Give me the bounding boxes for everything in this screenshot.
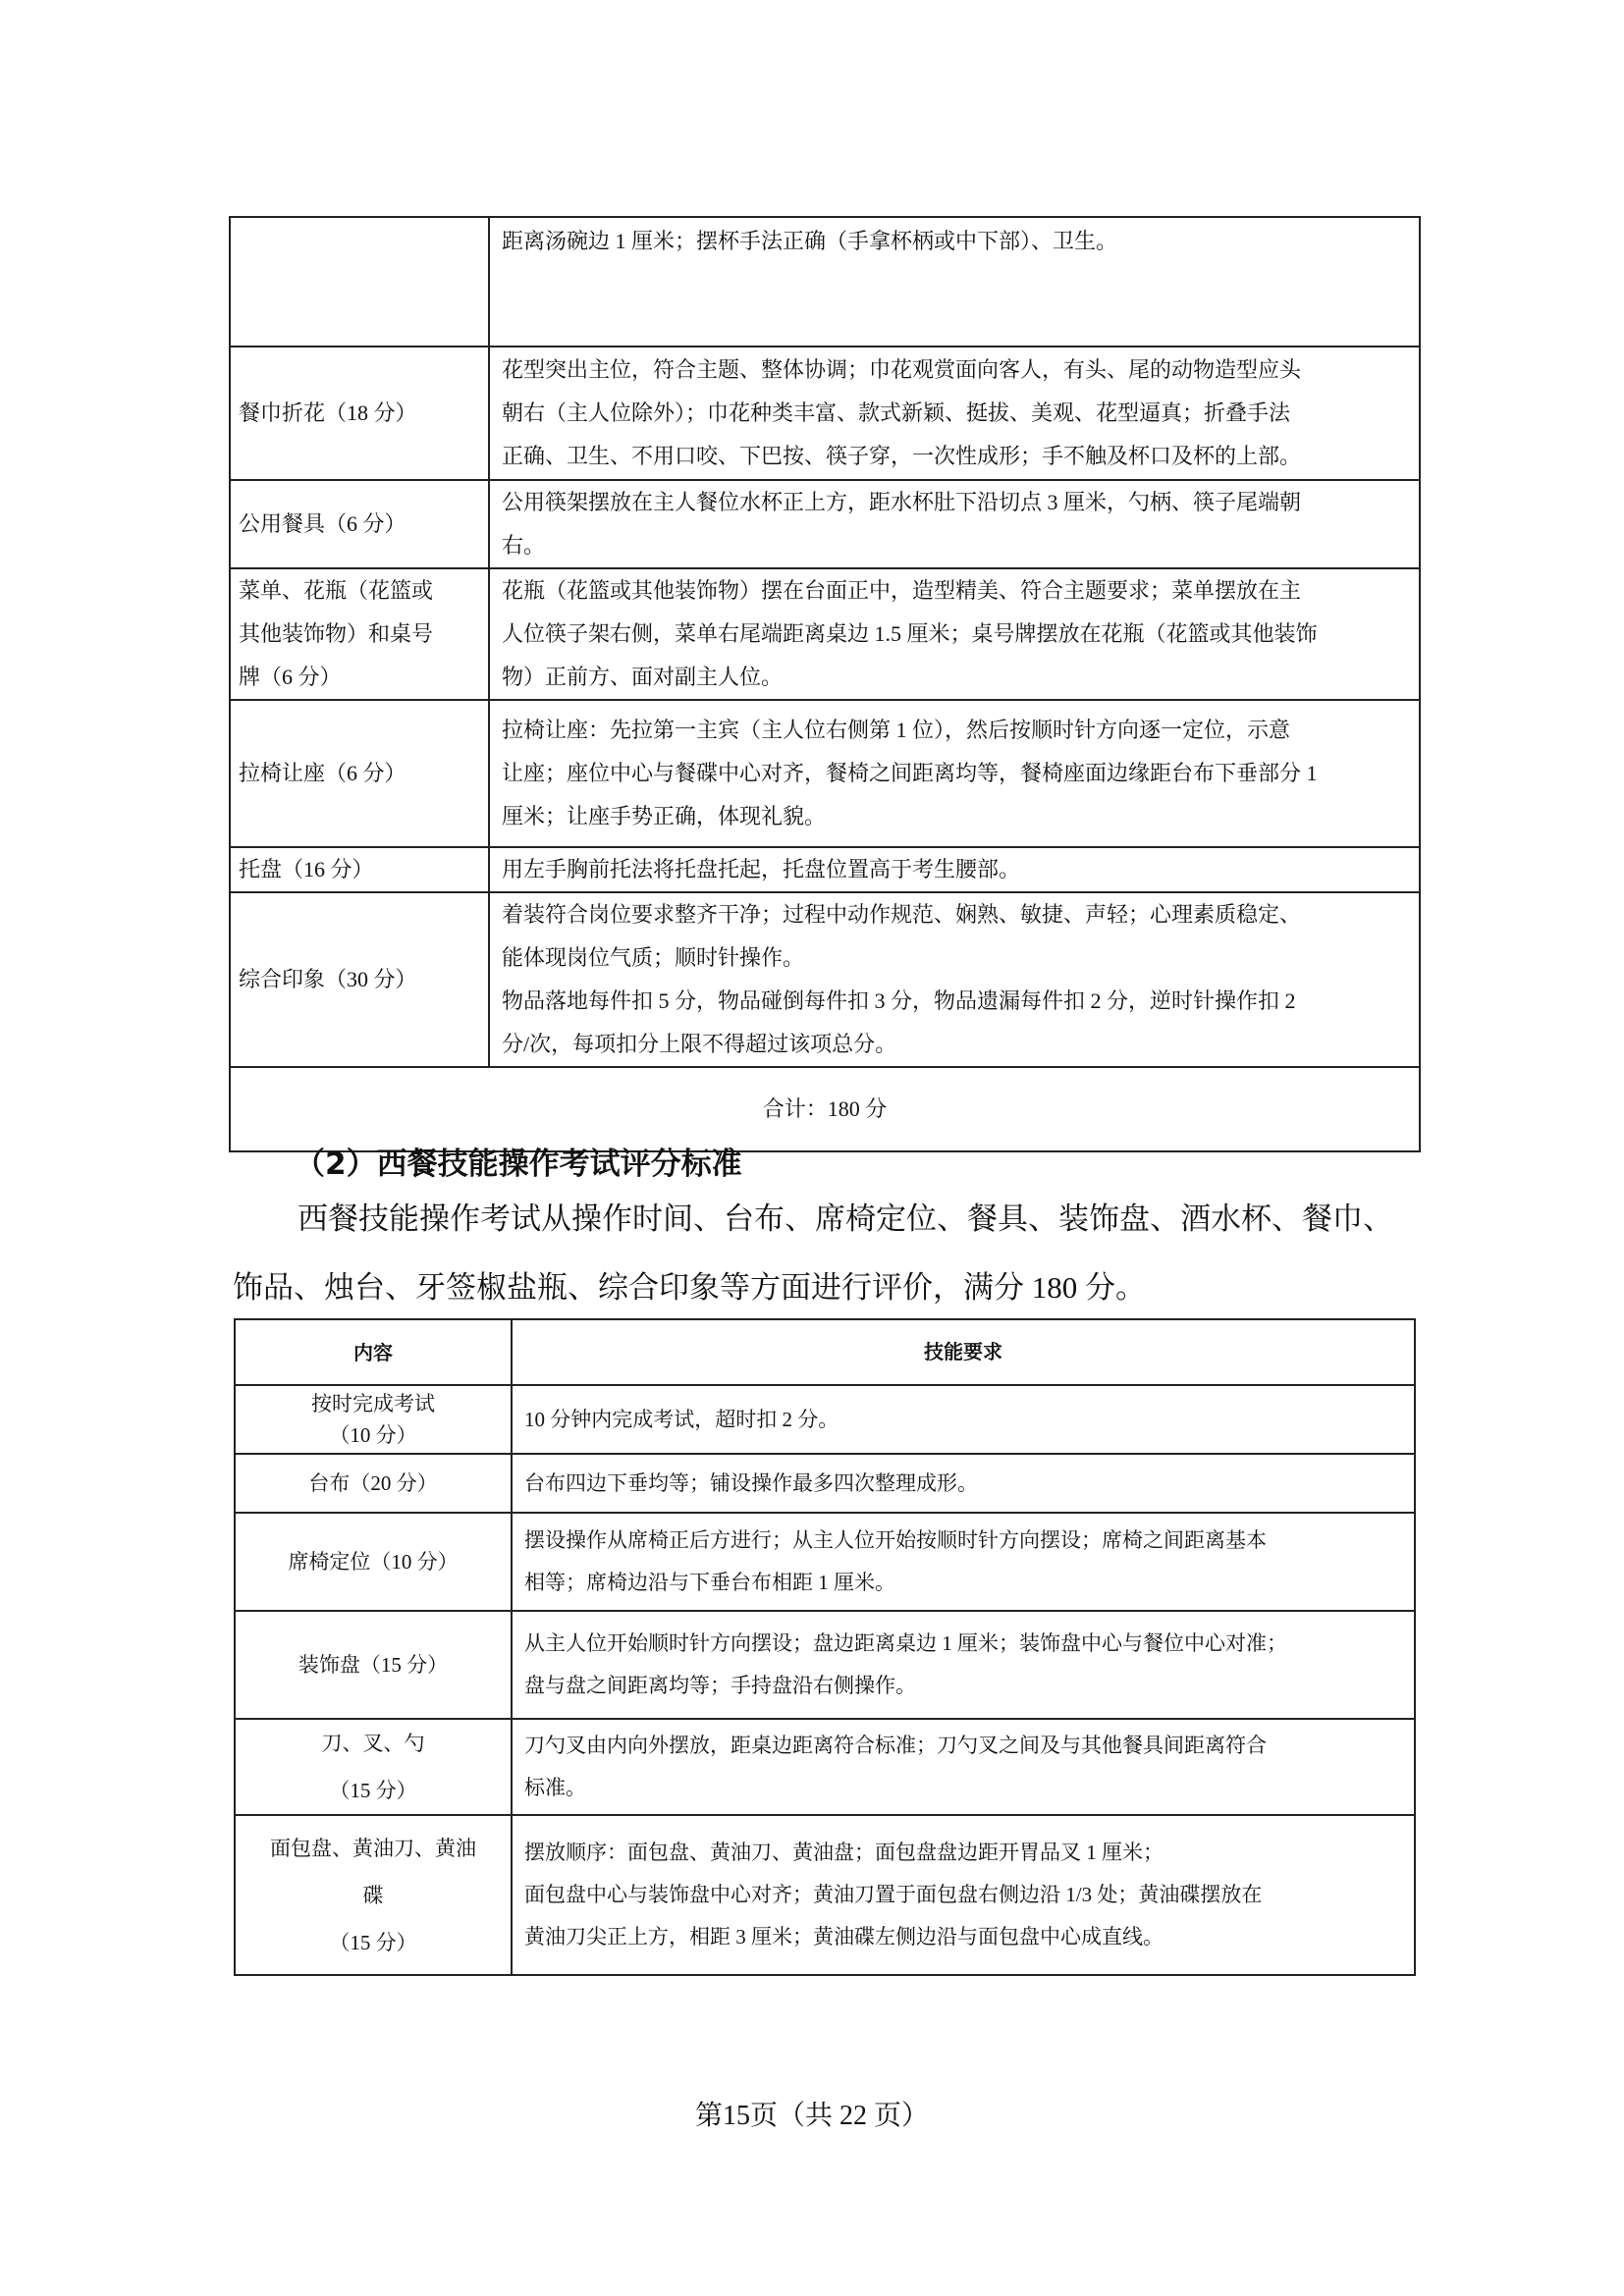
text-line: 能体现岗位气质；顺时针操作。 (502, 936, 1407, 980)
item-cell: 台布（20 分） (235, 1454, 512, 1513)
table-row: 拉椅让座（6 分）拉椅让座：先拉第一主宾（主人位右侧第 1 位），然后按顺时针方… (230, 700, 1420, 847)
item-cell: 餐巾折花（18 分） (230, 347, 489, 480)
requirement-cell: 摆放顺序：面包盘、黄油刀、黄油盘；面包盘盘边距开胃品叉 1 厘米；面包盘中心与装… (512, 1815, 1415, 1975)
text-line: 物）正前方、面对副主人位。 (502, 656, 1407, 699)
table-header-row: 内容 技能要求 (235, 1319, 1415, 1385)
requirement-cell: 公用筷架摆放在主人餐位水杯正上方，距水杯肚下沿切点 3 厘米，勺柄、筷子尾端朝右… (489, 480, 1420, 568)
header-requirement: 技能要求 (512, 1319, 1415, 1385)
text-line: 刀、叉、勺 (242, 1720, 505, 1767)
text-line: 花瓶（花篮或其他装饰物）摆在台面正中，造型精美、符合主题要求；菜单摆放在主 (502, 569, 1407, 613)
item-cell: 刀、叉、勺（15 分） (235, 1719, 512, 1815)
item-cell: 托盘（16 分） (230, 847, 489, 892)
text-line: 按时完成考试 (242, 1388, 505, 1419)
requirement-cell: 从主人位开始顺时针方向摆设；盘边距离桌边 1 厘米；装饰盘中心与餐位中心对准；盘… (512, 1611, 1415, 1719)
text-line: 摆放顺序：面包盘、黄油刀、黄油盘；面包盘盘边距开胃品叉 1 厘米； (524, 1832, 1402, 1874)
text-line: 台布（20 分） (242, 1468, 505, 1499)
text-line: 摆设操作从席椅正后方进行；从主人位开始按顺时针方向摆设；席椅之间距离基本 (524, 1520, 1402, 1562)
item-cell: 按时完成考试（10 分） (235, 1385, 512, 1454)
text-line: 厘米；让座手势正确，体现礼貌。 (502, 795, 1407, 838)
text-line: 10 分钟内完成考试，超时扣 2 分。 (524, 1399, 1402, 1441)
table-row: 席椅定位（10 分）摆设操作从席椅正后方进行；从主人位开始按顺时针方向摆设；席椅… (235, 1513, 1415, 1611)
text-line: 物品落地每件扣 5 分，物品碰倒每件扣 3 分，物品遗漏每件扣 2 分，逆时针操… (502, 980, 1407, 1023)
page-number: 第15页（共 22 页） (0, 2094, 1624, 2133)
text-line: 面包盘、黄油刀、黄油 (242, 1825, 505, 1872)
text-line: 公用筷架摆放在主人餐位水杯正上方，距水杯肚下沿切点 3 厘米，勺柄、筷子尾端朝 (502, 481, 1407, 524)
text-line: 台布四边下垂均等；铺设操作最多四次整理成形。 (524, 1463, 1402, 1505)
text-line: 装饰盘（15 分） (242, 1649, 505, 1681)
item-cell: 装饰盘（15 分） (235, 1611, 512, 1719)
item-cell (230, 217, 489, 347)
paragraph-line: 西餐技能操作考试从操作时间、台布、席椅定位、餐具、装饰盘、酒水杯、餐巾、 (233, 1185, 1426, 1254)
text-line: 从主人位开始顺时针方向摆设；盘边距离桌边 1 厘米；装饰盘中心与餐位中心对准； (524, 1623, 1402, 1665)
table1-body: 距离汤碗边 1 厘米；摆杯手法正确（手拿杯柄或中下部）、卫生。餐巾折花（18 分… (230, 217, 1420, 1151)
text-line: 标准。 (524, 1767, 1402, 1809)
table-row: 餐巾折花（18 分）花型突出主位，符合主题、整体协调；巾花观赏面向客人，有头、尾… (230, 347, 1420, 480)
item-cell: 综合印象（30 分） (230, 892, 489, 1067)
text-line: 黄油刀尖正上方，相距 3 厘米；黄油碟左侧边沿与面包盘中心成直线。 (524, 1916, 1402, 1958)
table-row: 公用餐具（6 分）公用筷架摆放在主人餐位水杯正上方，距水杯肚下沿切点 3 厘米，… (230, 480, 1420, 568)
item-cell: 公用餐具（6 分） (230, 480, 489, 568)
requirement-cell: 刀勺叉由内向外摆放，距桌边距离符合标准；刀勺叉之间及与其他餐具间距离符合标准。 (512, 1719, 1415, 1815)
item-cell: 席椅定位（10 分） (235, 1513, 512, 1611)
text-line: 盘与盘之间距离均等；手持盘沿右侧操作。 (524, 1665, 1402, 1707)
text-line: 正确、卫生、不用口咬、下巴按、筷子穿，一次性成形；手不触及杯口及杯的上部。 (502, 435, 1407, 478)
text-line: 席椅定位（10 分） (242, 1546, 505, 1577)
text-line: 分/次，每项扣分上限不得超过该项总分。 (502, 1023, 1407, 1066)
table-row: 台布（20 分）台布四边下垂均等；铺设操作最多四次整理成形。 (235, 1454, 1415, 1513)
text-line: 碟 (242, 1872, 505, 1919)
text-line: 距离汤碗边 1 厘米；摆杯手法正确（手拿杯柄或中下部）、卫生。 (502, 220, 1407, 263)
text-line: （10 分） (242, 1419, 505, 1451)
text-line: 面包盘中心与装饰盘中心对齐；黄油刀置于面包盘右侧边沿 1/3 处；黄油碟摆放在 (524, 1874, 1402, 1916)
text-line: 右。 (502, 524, 1407, 567)
table-row: 菜单、花瓶（花篮或其他装饰物）和桌号牌（6 分）花瓶（花篮或其他装饰物）摆在台面… (230, 568, 1420, 700)
requirement-cell: 用左手胸前托法将托盘托起，托盘位置高于考生腰部。 (489, 847, 1420, 892)
section-heading: （2）西餐技能操作考试评分标准 (295, 1139, 742, 1183)
requirement-cell: 10 分钟内完成考试，超时扣 2 分。 (512, 1385, 1415, 1454)
text-line: （15 分） (242, 1767, 505, 1814)
table-row: 距离汤碗边 1 厘米；摆杯手法正确（手拿杯柄或中下部）、卫生。 (230, 217, 1420, 347)
requirement-cell: 摆设操作从席椅正后方进行；从主人位开始按顺时针方向摆设；席椅之间距离基本相等；席… (512, 1513, 1415, 1611)
requirement-cell: 花瓶（花篮或其他装饰物）摆在台面正中，造型精美、符合主题要求；菜单摆放在主人位筷… (489, 568, 1420, 700)
text-line: 花型突出主位，符合主题、整体协调；巾花观赏面向客人，有头、尾的动物造型应头 (502, 348, 1407, 392)
text-line: 牌（6 分） (239, 656, 480, 699)
paragraph-line: 饰品、烛台、牙签椒盐瓶、综合印象等方面进行评价，满分 180 分。 (233, 1254, 1426, 1322)
text-line: 菜单、花瓶（花篮或 (239, 569, 480, 613)
table-row: 托盘（16 分）用左手胸前托法将托盘托起，托盘位置高于考生腰部。 (230, 847, 1420, 892)
text-line: 朝右（主人位除外）；巾花种类丰富、款式新颖、挺拔、美观、花型逼真；折叠手法 (502, 392, 1407, 435)
header-content: 内容 (235, 1319, 512, 1385)
text-line: 着装符合岗位要求整齐干净；过程中动作规范、娴熟、敏捷、声轻；心理素质稳定、 (502, 893, 1407, 936)
item-cell: 菜单、花瓶（花篮或其他装饰物）和桌号牌（6 分） (230, 568, 489, 700)
restaurant-scoring-table-continued: 距离汤碗边 1 厘米；摆杯手法正确（手拿杯柄或中下部）、卫生。餐巾折花（18 分… (229, 216, 1421, 1152)
text-line: 人位筷子架右侧，菜单右尾端距离桌边 1.5 厘米；桌号牌摆放在花瓶（花篮或其他装… (502, 613, 1407, 656)
text-line: 用左手胸前托法将托盘托起，托盘位置高于考生腰部。 (502, 848, 1407, 891)
text-line: 刀勺叉由内向外摆放，距桌边距离符合标准；刀勺叉之间及与其他餐具间距离符合 (524, 1725, 1402, 1767)
text-line: 相等；席椅边沿与下垂台布相距 1 厘米。 (524, 1562, 1402, 1604)
requirement-cell: 台布四边下垂均等；铺设操作最多四次整理成形。 (512, 1454, 1415, 1513)
western-scoring-table: 内容 技能要求 按时完成考试（10 分）10 分钟内完成考试，超时扣 2 分。台… (234, 1318, 1416, 1976)
requirement-cell: 距离汤碗边 1 厘米；摆杯手法正确（手拿杯柄或中下部）、卫生。 (489, 217, 1420, 347)
table2-body: 按时完成考试（10 分）10 分钟内完成考试，超时扣 2 分。台布（20 分）台… (235, 1385, 1415, 1975)
table-row: 综合印象（30 分）着装符合岗位要求整齐干净；过程中动作规范、娴熟、敏捷、声轻；… (230, 892, 1420, 1067)
section-intro-paragraph: 西餐技能操作考试从操作时间、台布、席椅定位、餐具、装饰盘、酒水杯、餐巾、 饰品、… (233, 1185, 1426, 1322)
text-line: 拉椅让座：先拉第一主宾（主人位右侧第 1 位），然后按顺时针方向逐一定位，示意 (502, 709, 1407, 752)
item-cell: 拉椅让座（6 分） (230, 700, 489, 847)
requirement-cell: 花型突出主位，符合主题、整体协调；巾花观赏面向客人，有头、尾的动物造型应头朝右（… (489, 347, 1420, 480)
table-row: 面包盘、黄油刀、黄油碟（15 分）摆放顺序：面包盘、黄油刀、黄油盘；面包盘盘边距… (235, 1815, 1415, 1975)
text-line: 让座；座位中心与餐碟中心对齐，餐椅之间距离均等，餐椅座面边缘距台布下垂部分 1 (502, 752, 1407, 795)
table-row: 刀、叉、勺（15 分）刀勺叉由内向外摆放，距桌边距离符合标准；刀勺叉之间及与其他… (235, 1719, 1415, 1815)
table-row: 装饰盘（15 分）从主人位开始顺时针方向摆设；盘边距离桌边 1 厘米；装饰盘中心… (235, 1611, 1415, 1719)
table-row: 按时完成考试（10 分）10 分钟内完成考试，超时扣 2 分。 (235, 1385, 1415, 1454)
item-cell: 面包盘、黄油刀、黄油碟（15 分） (235, 1815, 512, 1975)
text-line: （15 分） (242, 1919, 505, 1966)
requirement-cell: 拉椅让座：先拉第一主宾（主人位右侧第 1 位），然后按顺时针方向逐一定位，示意让… (489, 700, 1420, 847)
text-line: 其他装饰物）和桌号 (239, 613, 480, 656)
requirement-cell: 着装符合岗位要求整齐干净；过程中动作规范、娴熟、敏捷、声轻；心理素质稳定、能体现… (489, 892, 1420, 1067)
